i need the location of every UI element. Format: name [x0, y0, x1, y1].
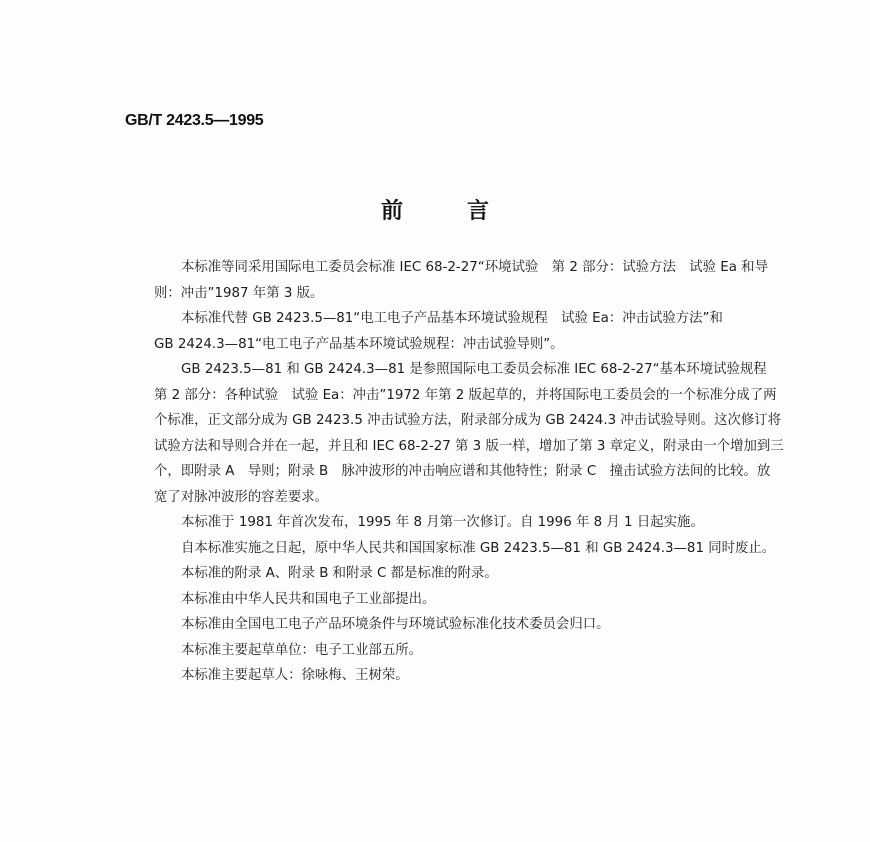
title-char-2: 言 — [467, 194, 489, 225]
paragraph-centralized-by: 本标准由全国电工电子产品环境条件与环境试验标准化技术委员会归口。 — [127, 612, 807, 638]
text-line: 宽了对脉冲波形的容差要求。 — [127, 485, 807, 511]
text-line: 第 2 部分：各种试验 试验 Ea：冲击”1972 年第 2 版起草的，并将国际… — [127, 383, 807, 409]
text-line: 本标准由中华人民共和国电子工业部提出。 — [127, 587, 807, 613]
text-line: 本标准代替 GB 2423.5—81“电工电子产品基本环境试验规程 试验 Ea：… — [127, 306, 807, 332]
text-line: 本标准主要起草单位：电子工业部五所。 — [127, 638, 807, 664]
text-line: GB 2424.3—81“电工电子产品基本环境试验规程：冲击试验导则”。 — [127, 332, 807, 358]
paragraph-adoption: 本标准等同采用国际电工委员会标准 IEC 68-2-27“环境试验 第 2 部分… — [127, 255, 807, 306]
text-line: 本标准的附录 A、附录 B 和附录 C 都是标准的附录。 — [127, 561, 807, 587]
paragraph-replaces: 本标准代替 GB 2423.5—81“电工电子产品基本环境试验规程 试验 Ea：… — [127, 306, 807, 357]
text-line: 本标准主要起草人：徐咏梅、王树荣。 — [127, 663, 807, 689]
text-line: 本标准于 1981 年首次发布，1995 年 8 月第一次修订。自 1996 年… — [127, 510, 807, 536]
text-line: 个标准，正文部分成为 GB 2423.5 冲击试验方法，附录部分成为 GB 24… — [127, 408, 807, 434]
standard-number: GB/T 2423.5—1995 — [125, 112, 263, 130]
paragraph-history: GB 2423.5—81 和 GB 2424.3—81 是参照国际电工委员会标准… — [127, 357, 807, 510]
text-line: 自本标准实施之日起，原中华人民共和国国家标准 GB 2423.5—81 和 GB… — [127, 536, 807, 562]
paragraph-drafting-unit: 本标准主要起草单位：电子工业部五所。 — [127, 638, 807, 664]
title-char-1: 前 — [381, 194, 403, 225]
text-line: 本标准等同采用国际电工委员会标准 IEC 68-2-27“环境试验 第 2 部分… — [127, 255, 807, 281]
text-line: 个，即附录 A 导则；附录 B 脉冲波形的冲击响应谱和其他特性；附录 C 撞击试… — [127, 459, 807, 485]
paragraph-proposed-by: 本标准由中华人民共和国电子工业部提出。 — [127, 587, 807, 613]
paragraph-supersedes: 自本标准实施之日起，原中华人民共和国国家标准 GB 2423.5—81 和 GB… — [127, 536, 807, 562]
foreword-body: 本标准等同采用国际电工委员会标准 IEC 68-2-27“环境试验 第 2 部分… — [127, 255, 807, 689]
paragraph-issue-date: 本标准于 1981 年首次发布，1995 年 8 月第一次修订。自 1996 年… — [127, 510, 807, 536]
text-line: GB 2423.5—81 和 GB 2424.3—81 是参照国际电工委员会标准… — [127, 357, 807, 383]
paragraph-drafters: 本标准主要起草人：徐咏梅、王树荣。 — [127, 663, 807, 689]
text-line: 本标准由全国电工电子产品环境条件与环境试验标准化技术委员会归口。 — [127, 612, 807, 638]
text-line: 试验方法和导则合并在一起，并且和 IEC 68-2-27 第 3 版一样，增加了… — [127, 434, 807, 460]
document-page: GB/T 2423.5—1995 前言 本标准等同采用国际电工委员会标准 IEC… — [0, 0, 870, 842]
paragraph-annexes: 本标准的附录 A、附录 B 和附录 C 都是标准的附录。 — [127, 561, 807, 587]
text-line: 则：冲击”1987 年第 3 版。 — [127, 281, 807, 307]
page-title: 前言 — [0, 194, 870, 225]
